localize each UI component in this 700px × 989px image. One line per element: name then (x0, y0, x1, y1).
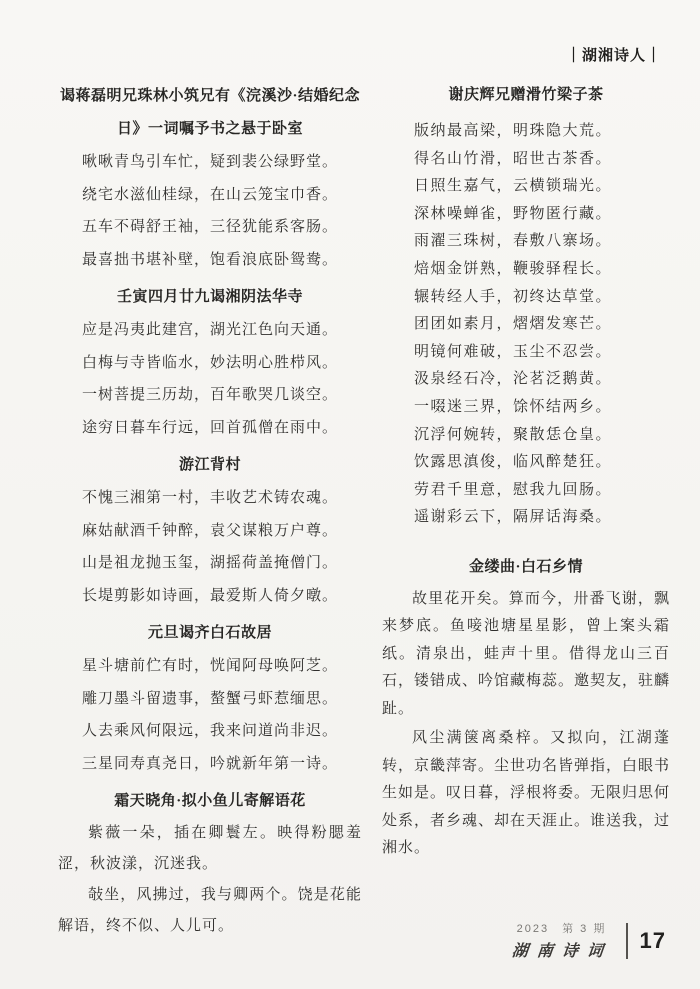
verse-line: 一树菩提三历劫，百年歌哭几谈空。 (58, 379, 362, 412)
poem-4: 元旦谒齐白石故居 星斗塘前伫有时，恍闻阿母唤阿芝。 雕刀墨斗留遗事，螯蟹弓虾惹缅… (58, 617, 362, 780)
poem-title: 游江背村 (58, 449, 362, 482)
verse-line: 焙烟金饼熟，鞭骏驿程长。 (382, 256, 670, 284)
verse-line: 途穷日暮车行远，回首孤僧在雨中。 (58, 412, 362, 445)
verse-line: 一啜迷三界，馀怀结两乡。 (382, 394, 670, 422)
verse-line: 劳君千里意，慰我九回肠。 (382, 477, 670, 505)
verse-line: 五车不碍舒王袖，三径犹能系客肠。 (58, 211, 362, 244)
verse-line: 沉浮何婉转，聚散恁仓皇。 (382, 422, 670, 450)
section-header: ｜湖湘诗人｜ (566, 44, 662, 65)
verse-line: 雨濯三珠树，春敷八寨场。 (382, 228, 670, 256)
poem-2: 壬寅四月廿九谒湘阴法华寺 应是冯夷此建宫，湖光江色向天通。 白梅与寺皆临水，妙法… (58, 281, 362, 444)
journal-page: ｜湖湘诗人｜ 谒蒋磊明兄珠林小筑兄有《浣溪沙·结婚纪念日》一词嘱予书之悬于卧室 … (0, 0, 700, 989)
verse-line: 汲泉经石冷，沦茗泛鹅黄。 (382, 366, 670, 394)
poem-7: 金缕曲·白石乡情 故里花开矣。算而今，卅番飞谢，飘来梦底。鱼唼池塘星星影，曾上案… (382, 552, 670, 863)
verse-line: 山是祖龙抛玉玺，湖摇荷盖掩僧门。 (58, 547, 362, 580)
ci-stanza: 敧坐，风拂过，我与卿两个。饶是花能解语，终不似、人儿可。 (58, 880, 362, 942)
poem-3: 游江背村 不愧三湘第一村，丰收艺术铸农魂。 麻姑献酒千钟醉，袁父谋粮万户尊。 山… (58, 449, 362, 612)
verse-line: 得名山竹滑，昭世古茶香。 (382, 146, 670, 174)
verse-line: 版纳最高梁，明珠隐大荒。 (382, 118, 670, 146)
verse-line: 日照生嘉气，云横锁瑞光。 (382, 173, 670, 201)
verse-line: 长堤剪影如诗画，最爱斯人倚夕暾。 (58, 580, 362, 613)
poem-title: 金缕曲·白石乡情 (382, 552, 670, 582)
poem-title: 谢庆辉兄赠滑竹梁子茶 (382, 80, 670, 110)
verse-line: 明镜何难破，玉尘不忍尝。 (382, 339, 670, 367)
ci-stanza: 风尘满箧离桑梓。又拟向，江湖蓬转，京畿萍寄。尘世功名皆弹指，白眼书生如是。叹日暮… (382, 725, 670, 863)
verse-line: 饮露思滇俊，临风醉楚狂。 (382, 449, 670, 477)
verse-line: 团团如素月，熠熠发寒芒。 (382, 311, 670, 339)
poem-6: 谢庆辉兄赠滑竹梁子茶 版纳最高梁，明珠隐大荒。 得名山竹滑，昭世古茶香。 日照生… (382, 80, 670, 532)
verse-line: 最喜拙书堪补壁，饱看浪底卧鸳鸯。 (58, 244, 362, 277)
verse-line: 麻姑献酒千钟醉，袁父谋粮万户尊。 (58, 515, 362, 548)
verse-line: 绕宅水滋仙桂绿，在山云笼宝巾香。 (58, 179, 362, 212)
verse-line: 应是冯夷此建宫，湖光江色向天通。 (58, 314, 362, 347)
issue-block: 2023 第 3 期 湖南诗词 (512, 920, 612, 961)
verse-line: 遥谢彩云下，隔屏话海桑。 (382, 504, 670, 532)
verse-line: 白梅与寺皆临水，妙法明心胜栉风。 (58, 347, 362, 380)
verse-line: 啾啾青鸟引车忙，疑到裴公绿野堂。 (58, 146, 362, 179)
page-footer: 2023 第 3 期 湖南诗词 17 (512, 920, 667, 961)
issue-info: 2023 第 3 期 (512, 920, 612, 936)
footer-divider (626, 923, 628, 959)
verse-line: 雕刀墨斗留遗事，螯蟹弓虾惹缅思。 (58, 683, 362, 716)
right-column: 谢庆辉兄赠滑竹梁子茶 版纳最高梁，明珠隐大荒。 得名山竹滑，昭世古茶香。 日照生… (382, 78, 670, 868)
poem-title: 谒蒋磊明兄珠林小筑兄有《浣溪沙·结婚纪念日》一词嘱予书之悬于卧室 (58, 80, 362, 146)
journal-name: 湖南诗词 (510, 938, 612, 961)
verse-line: 不愧三湘第一村，丰收艺术铸农魂。 (58, 482, 362, 515)
poem-title: 壬寅四月廿九谒湘阴法华寺 (58, 281, 362, 314)
poem-title: 霜天晓角·拟小鱼儿寄解语花 (58, 785, 362, 818)
left-column: 谒蒋磊明兄珠林小筑兄有《浣溪沙·结婚纪念日》一词嘱予书之悬于卧室 啾啾青鸟引车忙… (58, 78, 362, 947)
verse-line: 辗转经人手，初终达草堂。 (382, 284, 670, 312)
verse-line: 星斗塘前伫有时，恍闻阿母唤阿芝。 (58, 650, 362, 683)
verse-line: 三星同寿真尧日，吟就新年第一诗。 (58, 748, 362, 781)
page-number: 17 (640, 928, 666, 954)
ci-stanza: 故里花开矣。算而今，卅番飞谢，飘来梦底。鱼唼池塘星星影，曾上案头霜纸。清泉出，蛙… (382, 586, 670, 724)
verse-line: 人去乘风何限远，我来问道尚非迟。 (58, 715, 362, 748)
poem-title: 元旦谒齐白石故居 (58, 617, 362, 650)
ci-stanza: 紫薇一朵，插在卿鬟左。映得粉腮羞涩，秋波漾，沉迷我。 (58, 818, 362, 880)
verse-line: 深林噪蝉雀，野物匿行藏。 (382, 201, 670, 229)
poem-5: 霜天晓角·拟小鱼儿寄解语花 紫薇一朵，插在卿鬟左。映得粉腮羞涩，秋波漾，沉迷我。… (58, 785, 362, 942)
poem-1: 谒蒋磊明兄珠林小筑兄有《浣溪沙·结婚纪念日》一词嘱予书之悬于卧室 啾啾青鸟引车忙… (58, 80, 362, 276)
